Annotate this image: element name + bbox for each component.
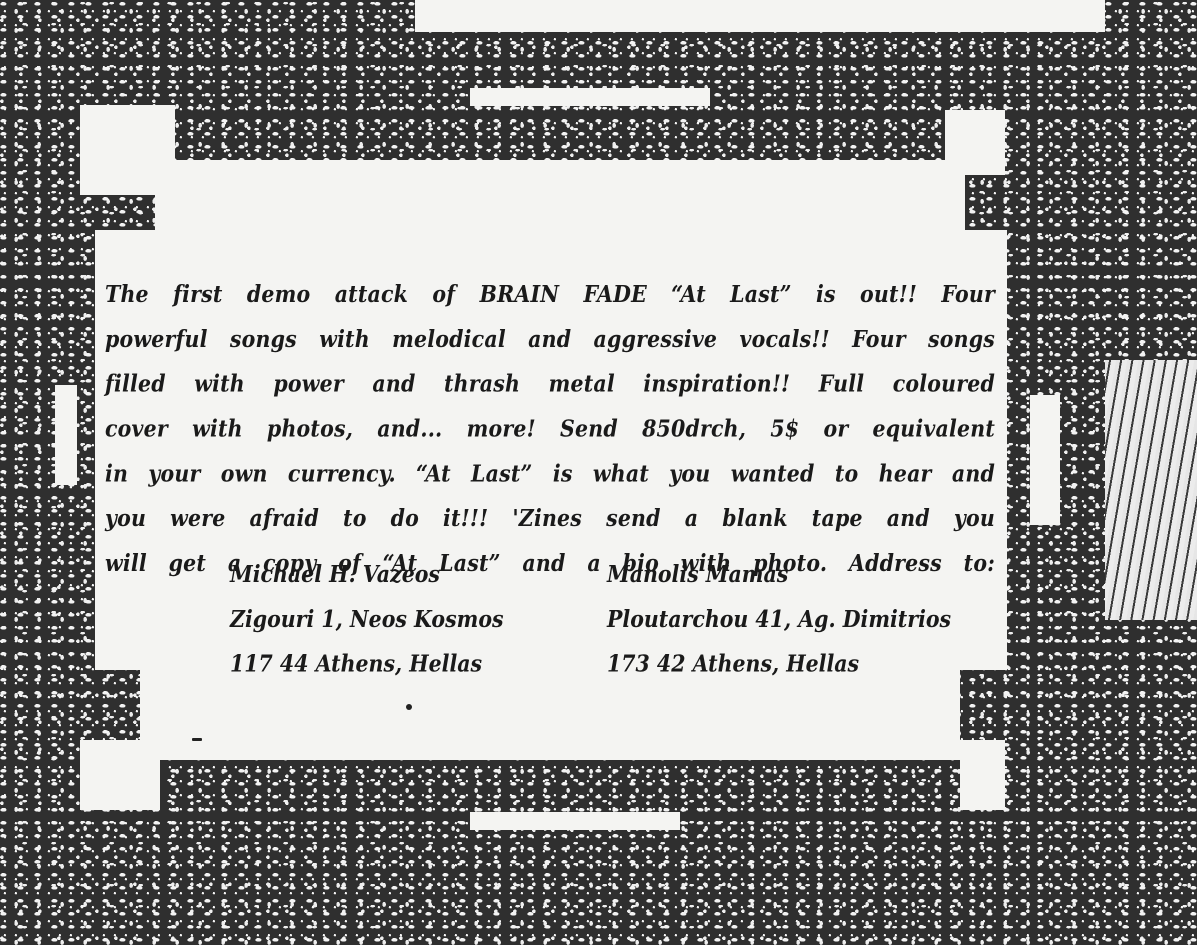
address-street: Ploutarchou 41, Ag. Dimitrios (607, 597, 951, 642)
advert-line: in your own currency. “At Last” is what … (105, 451, 995, 496)
address-city: 117 44 Athens, Hellas (230, 642, 504, 687)
ink-speck (406, 704, 412, 710)
border-ornament (1030, 395, 1060, 525)
border-cutout (155, 160, 965, 240)
address-name: Manolis Mamas (607, 552, 951, 597)
border-ornament (470, 812, 680, 830)
advert-line: you were afraid to do it!!! 'Zines send … (105, 496, 995, 541)
advert-line: cover with photos, and... more! Send 850… (105, 407, 995, 452)
address-name: Michael H. Vazeos (230, 552, 504, 597)
border-cutout (80, 740, 160, 810)
address-city: 173 42 Athens, Hellas (607, 642, 951, 687)
address-street: Zigouri 1, Neos Kosmos (230, 597, 504, 642)
advert-line: powerful songs with melodical and aggres… (105, 317, 995, 362)
border-ornament (415, 0, 1105, 32)
ink-speck (192, 738, 202, 741)
border-ornament (1105, 360, 1197, 620)
advert-text: The first demo attack of BRAIN FADE “At … (105, 272, 995, 586)
border-cutout (960, 740, 1005, 810)
advert-line: The first demo attack of BRAIN FADE “At … (105, 272, 995, 317)
border-ornament (470, 88, 710, 106)
address-block-2: Manolis Mamas Ploutarchou 41, Ag. Dimitr… (607, 552, 951, 687)
address-block-1: Michael H. Vazeos Zigouri 1, Neos Kosmos… (230, 552, 504, 687)
advert-line: filled with power and thrash metal inspi… (105, 362, 995, 407)
border-ornament (55, 385, 77, 485)
